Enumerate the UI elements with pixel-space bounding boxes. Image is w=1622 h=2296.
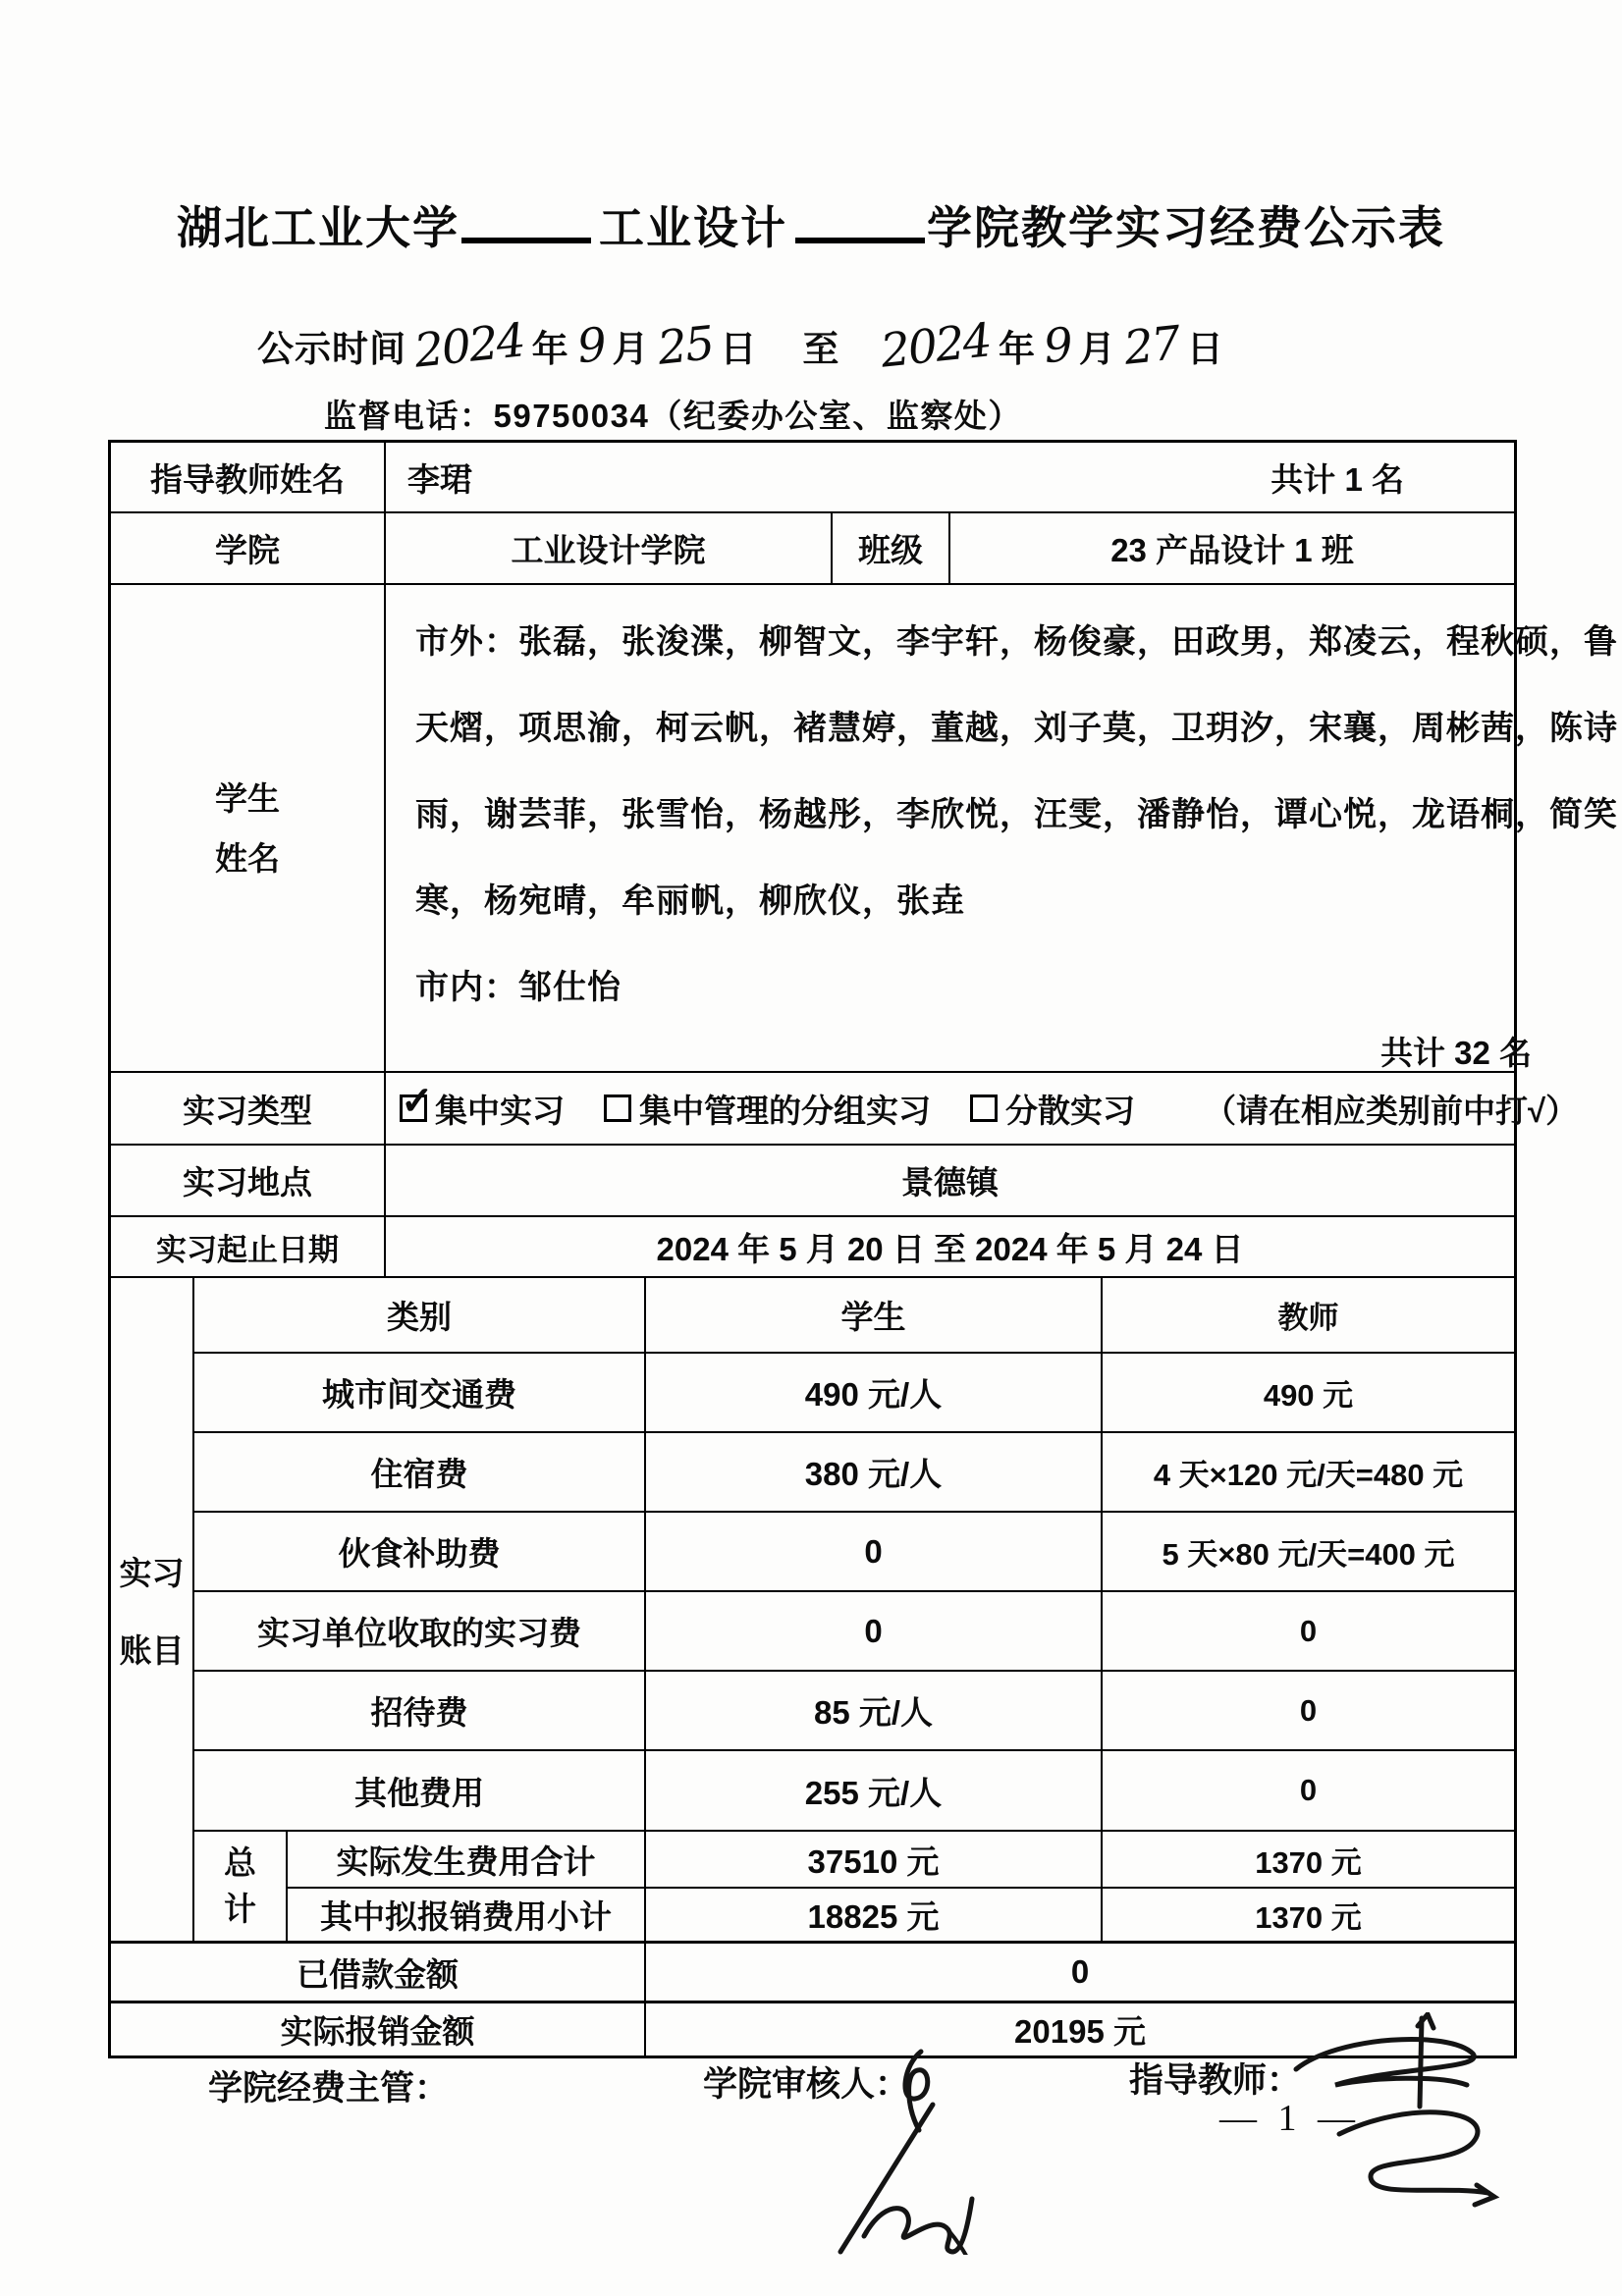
title-blank-line-left — [461, 232, 591, 243]
day-char: 日 — [720, 319, 757, 372]
class-label: 班级 — [833, 513, 950, 583]
handwritten-end-month: 9 — [1041, 318, 1074, 375]
teacher-count: 共计 1 名 — [1271, 454, 1404, 501]
supervision-hotline: 监督电话：59750034（纪委办公室、监察处） — [324, 391, 1022, 437]
option-dispersed: 分散实习 — [970, 1086, 1135, 1132]
total0-teacher: 1370 元 — [1103, 1832, 1514, 1887]
account-row-transport: 城市间交通费 490 元/人 490 元 — [194, 1354, 1514, 1433]
account-row-reception: 招待费 85 元/人 0 — [194, 1672, 1514, 1751]
totals-label-cell: 总计 — [194, 1832, 288, 1941]
row5-student: 255 元/人 — [646, 1751, 1103, 1830]
option-centralized-label: 集中实习 — [435, 1086, 565, 1132]
handwritten-end-year: 2024 — [879, 313, 994, 378]
checkbox-empty-icon — [604, 1095, 631, 1122]
students-names-cell: 市外：张磊，张浚渫，柳智文，李宇轩，杨俊豪，田政男，郑凌云，程秋硕，鲁 天熠，项… — [386, 585, 1622, 1071]
actual-reimbursed-label: 实际报销金额 — [111, 2003, 646, 2056]
total0-student: 37510 元 — [646, 1832, 1103, 1887]
totals-rows: 实际发生费用合计 37510 元 1370 元 其中拟报销费用小计 18825 … — [288, 1832, 1514, 1941]
auditor-signature — [823, 2044, 1034, 2255]
internship-type-row: 实习类型 ✓ 集中实习 集中管理的分组实习 分散实习 （请在相应类别前中打√） — [111, 1073, 1514, 1146]
names-line-5: 市内：邹仕怡 — [415, 944, 1618, 1031]
row3-teacher: 0 — [1103, 1592, 1514, 1670]
account-table: 类别 学生 教师 城市间交通费 490 元/人 490 元 住宿费 380 元/… — [194, 1278, 1514, 1941]
teacher-value-cell: 李珺 共计 1 名 — [386, 443, 1514, 511]
internship-type-label: 实习类型 — [111, 1073, 386, 1144]
students-name-lines: 市外：张磊，张浚渫，柳智文，李宇轩，杨俊豪，田政男，郑凌云，程秋硕，鲁 天熠，项… — [415, 599, 1618, 1031]
row0-student: 490 元/人 — [646, 1354, 1103, 1431]
dates-value: 2024 年 5 月 20 日 至 2024 年 5 月 24 日 — [386, 1217, 1514, 1276]
college-class-row: 学院 工业设计学院 班级 23 产品设计 1 班 — [111, 513, 1514, 585]
checkbox-checked-icon: ✓ — [400, 1095, 427, 1122]
row2-category: 伙食补助费 — [194, 1513, 646, 1590]
names-line-4: 寒，杨宛晴，牟丽帆，柳欣仪，张垚 — [415, 858, 1618, 944]
names-line-1: 市外：张磊，张浚渫，柳智文，李宇轩，杨俊豪，田政男，郑凌云，程秋硕，鲁 — [415, 599, 1618, 685]
check-mark: ✓ — [401, 1082, 434, 1121]
row5-category: 其他费用 — [194, 1751, 646, 1830]
type-hint: （请在相应类别前中打√） — [1204, 1086, 1578, 1132]
option-dispersed-label: 分散实习 — [1005, 1086, 1135, 1132]
publicity-label: 公示时间 — [257, 319, 406, 372]
header-student: 学生 — [646, 1278, 1103, 1352]
account-row-meal: 伙食补助费 0 5 天×80 元/天=400 元 — [194, 1513, 1514, 1592]
internship-type-options: ✓ 集中实习 集中管理的分组实习 分散实习 （请在相应类别前中打√） — [386, 1073, 1592, 1144]
totals-row-actual: 实际发生费用合计 37510 元 1370 元 — [288, 1832, 1514, 1889]
page-number: — 1 — — [1219, 2097, 1361, 2140]
header-teacher: 教师 — [1103, 1278, 1514, 1352]
total1-teacher: 1370 元 — [1103, 1889, 1514, 1941]
header-category: 类别 — [194, 1278, 646, 1352]
row1-teacher: 4 天×120 元/天=480 元 — [1103, 1433, 1514, 1511]
borrowed-amount-row: 已借款金额 0 — [111, 1944, 1514, 2003]
college-value: 工业设计学院 — [386, 513, 833, 583]
handwritten-start-day: 25 — [655, 316, 715, 376]
row3-category: 实习单位收取的实习费 — [194, 1592, 646, 1670]
handwritten-start-year: 2024 — [411, 313, 526, 378]
college-label: 学院 — [111, 513, 386, 583]
handwritten-end-day: 27 — [1121, 316, 1181, 376]
row2-student: 0 — [646, 1513, 1103, 1590]
totals-row-reimburse: 其中拟报销费用小计 18825 元 1370 元 — [288, 1889, 1514, 1941]
row0-teacher: 490 元 — [1103, 1354, 1514, 1431]
title-suffix: 学院教学实习经费公示表 — [927, 203, 1445, 253]
handwritten-start-month: 9 — [574, 318, 608, 375]
students-row: 学生 姓名 市外：张磊，张浚渫，柳智文，李宇轩，杨俊豪，田政男，郑凌云，程秋硕，… — [111, 585, 1514, 1073]
total1-category: 其中拟报销费用小计 — [288, 1889, 646, 1941]
row4-student: 85 元/人 — [646, 1672, 1103, 1749]
account-row-unit-fee: 实习单位收取的实习费 0 0 — [194, 1592, 1514, 1672]
row1-category: 住宿费 — [194, 1433, 646, 1511]
year-char-2: 年 — [999, 319, 1036, 372]
title-blank-line-right — [795, 232, 925, 243]
month-char: 月 — [613, 319, 650, 372]
title-college-fill: 工业设计 — [593, 203, 793, 253]
account-row-other: 其他费用 255 元/人 0 — [194, 1751, 1514, 1832]
row1-student: 380 元/人 — [646, 1433, 1103, 1511]
location-label: 实习地点 — [111, 1146, 386, 1215]
teacher-row: 指导教师姓名 李珺 共计 1 名 — [111, 443, 1514, 513]
students-label: 学生 姓名 — [111, 585, 386, 1071]
teacher-label: 指导教师姓名 — [111, 443, 386, 511]
borrowed-amount-label: 已借款金额 — [111, 1944, 646, 2001]
account-totals-block: 总计 实际发生费用合计 37510 元 1370 元 其中拟报销费用小计 188… — [194, 1832, 1514, 1941]
total1-student: 18825 元 — [646, 1889, 1103, 1941]
day-char-2: 日 — [1187, 319, 1224, 372]
account-side-line1: 实习 — [120, 1548, 185, 1594]
checkbox-empty-icon-2 — [970, 1095, 998, 1122]
title-university: 湖北工业大学 — [177, 203, 460, 253]
account-row-lodging: 住宿费 380 元/人 4 天×120 元/天=480 元 — [194, 1433, 1514, 1513]
fund-manager-label: 学院经费主管： — [208, 2061, 449, 2110]
row5-teacher: 0 — [1103, 1751, 1514, 1830]
totals-label: 总计 — [222, 1841, 259, 1931]
dates-row: 实习起止日期 2024 年 5 月 20 日 至 2024 年 5 月 24 日 — [111, 1217, 1514, 1278]
year-char: 年 — [532, 319, 569, 372]
students-total: 共计 32 名 — [415, 1031, 1618, 1076]
account-header-row: 类别 学生 教师 — [194, 1278, 1514, 1354]
account-side-label: 实习 账目 — [111, 1278, 194, 1941]
dates-label: 实习起止日期 — [111, 1217, 386, 1276]
class-value: 23 产品设计 1 班 — [950, 513, 1514, 583]
row3-student: 0 — [646, 1592, 1103, 1670]
option-grouped-label: 集中管理的分组实习 — [639, 1086, 931, 1132]
row4-category: 招待费 — [194, 1672, 646, 1749]
publicity-time-line: 公示时间 2024 年 9 月 25 日 至 2024 年 9 月 27 日 — [257, 319, 1224, 373]
row2-teacher: 5 天×80 元/天=400 元 — [1103, 1513, 1514, 1590]
account-block: 实习 账目 类别 学生 教师 城市间交通费 490 元/人 490 元 住宿费 … — [111, 1278, 1514, 1944]
to-char: 至 — [802, 319, 839, 372]
row4-teacher: 0 — [1103, 1672, 1514, 1749]
location-value: 景德镇 — [386, 1146, 1514, 1215]
option-grouped: 集中管理的分组实习 — [604, 1086, 931, 1132]
students-label-line2: 姓名 — [215, 842, 280, 875]
total0-category: 实际发生费用合计 — [288, 1832, 646, 1887]
names-line-3: 雨，谢芸菲，张雪怡，杨越彤，李欣悦，汪雯，潘静怡，谭心悦，龙语桐，简笑 — [415, 772, 1618, 858]
location-row: 实习地点 景德镇 — [111, 1146, 1514, 1217]
borrowed-amount-value: 0 — [646, 1944, 1514, 2001]
form-title: 湖北工业大学工业设计学院教学实习经费公示表 — [0, 192, 1622, 257]
names-line-2: 天熠，项思渝，柯云帆，褚慧婷，董越，刘子莫，卫玥汐，宋襄，周彬茜，陈诗 — [415, 685, 1618, 772]
teacher-name: 李珺 — [407, 454, 472, 501]
account-side-line2: 账目 — [120, 1626, 185, 1672]
expense-publicity-table: 指导教师姓名 李珺 共计 1 名 学院 工业设计学院 班级 23 产品设计 1 … — [108, 440, 1517, 2058]
row0-category: 城市间交通费 — [194, 1354, 646, 1431]
scanned-form-page: 湖北工业大学工业设计学院教学实习经费公示表 公示时间 2024 年 9 月 25… — [0, 0, 1622, 2296]
option-centralized: ✓ 集中实习 — [400, 1086, 565, 1132]
month-char-2: 月 — [1079, 319, 1116, 372]
students-label-line1: 学生 — [215, 782, 280, 815]
